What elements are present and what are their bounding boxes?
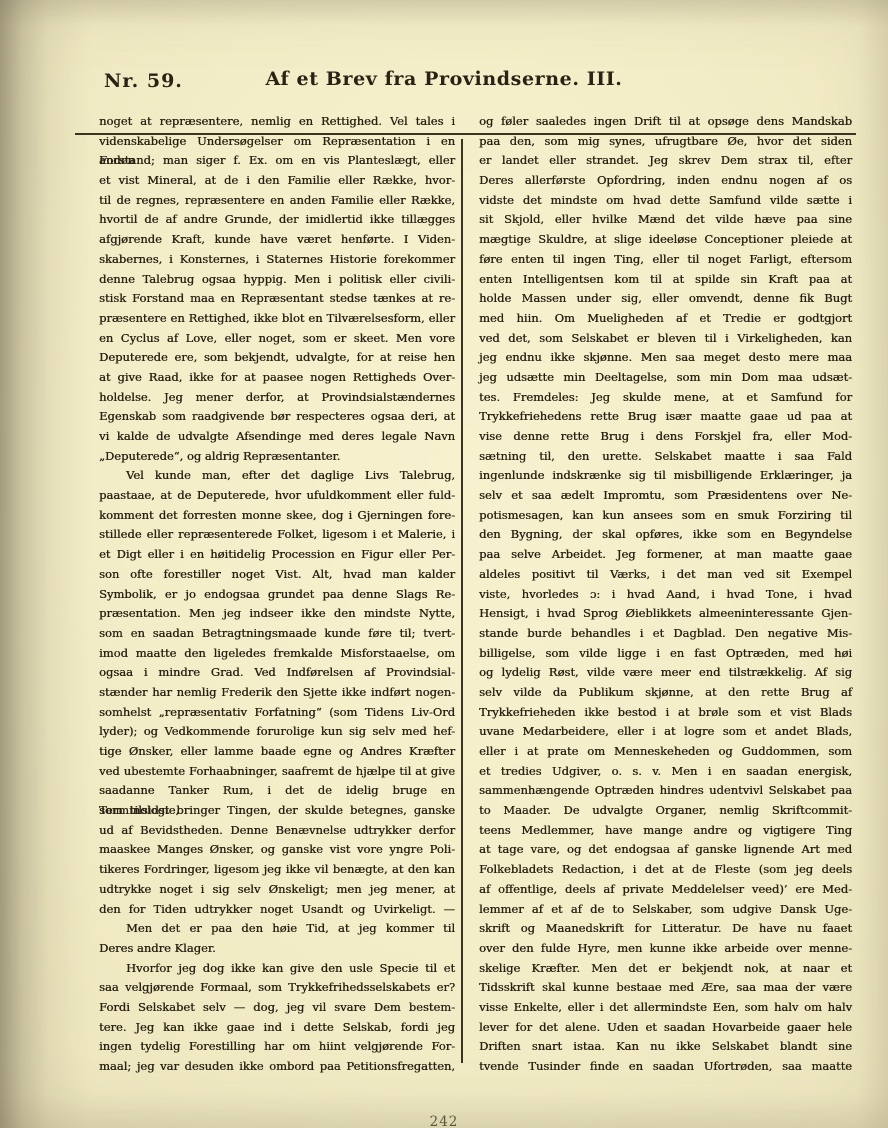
text-line: Deres allerførste Opfordring, inden endn… (479, 171, 852, 191)
text-line: uvane Medarbeidere, eller i at logre som… (479, 722, 852, 742)
text-line: som en saadan Betragtningsmaade kunde fø… (99, 624, 455, 644)
text-line: lyder); og Vedkommende forurolige kun si… (99, 722, 455, 742)
text-line: afgjørende Kraft, kunde have været henfø… (99, 230, 455, 250)
text-line: skabernes, i Konsternes, i Staternes His… (99, 250, 455, 270)
text-line: jeg udsætte min Deeltagelse, som min Dom… (479, 368, 852, 388)
text-line: ved ubestemte Forhaabninger, saafremt de… (99, 762, 455, 782)
text-line: noget at repræsentere, nemlig en Rettigh… (99, 112, 455, 132)
text-line: den for Tiden udtrykker noget Usandt og … (99, 900, 455, 920)
text-line: med hiin. Om Mueligheden af et Tredie er… (479, 309, 852, 329)
text-line: selv et saa ædelt Impromtu, som Præsiden… (479, 486, 852, 506)
text-line: Egenskab som raadgivende bør respecteres… (99, 407, 455, 427)
text-line: skrift og Maanedskrift for Litteratur. D… (479, 919, 852, 939)
text-line: at give Raad, ikke for at paasee nogen R… (99, 368, 455, 388)
text-line: et Digt eller i en høitidelig Procession… (99, 545, 455, 565)
text-line: tikeres Fordringer, ligesom jeg ikke vil… (99, 860, 455, 880)
text-line: præsentere en Rettighed, ikke blot en Ti… (99, 309, 455, 329)
text-line: præsentation. Men jeg indseer ikke den m… (99, 604, 455, 624)
text-line: holdelse. Jeg mener derfor, at Provindsi… (99, 388, 455, 408)
text-line: Tidsskrift skal kunne bestaae med Ære, s… (479, 978, 852, 998)
text-line: videnskabelige Undersøgelser om Repræsen… (99, 132, 455, 152)
text-line: Trykkefrieheden ikke bestod i at brøle s… (479, 703, 852, 723)
text-line: vise denne rette Brug i dens Forskjel fr… (479, 427, 852, 447)
text-line: Deputerede ere, som bekjendt, udvalgte, … (99, 348, 455, 368)
text-line: og lydelig Røst, vilde være meer end til… (479, 663, 852, 683)
text-line: ingenlunde indskrænke sig til misbillige… (479, 466, 852, 486)
page-title: Af et Brev fra Provindserne. III. (0, 68, 888, 90)
text-line: et vist Mineral, at de i den Familie ell… (99, 171, 455, 191)
text-line: to Maader. De udvalgte Organer, nemlig S… (479, 801, 852, 821)
text-line: visse Enkelte, eller i det allermindste … (479, 998, 852, 1018)
text-line: paastaae, at de Deputerede, hvor ufuldko… (99, 486, 455, 506)
text-line: skelige Kræfter. Men det er bekjendt nok… (479, 959, 852, 979)
text-line: enten Intelligentsen kom til at spilde s… (479, 270, 852, 290)
text-line: ud af Bevidstheden. Denne Benævnelse udt… (99, 821, 455, 841)
text-line: stænder har nemlig Frederik den Sjette i… (99, 683, 455, 703)
scanned-book-page: Nr. 59. Af et Brev fra Provindserne. III… (0, 0, 888, 1128)
text-line: Men det er paa den høie Tid, at jeg komm… (99, 919, 455, 939)
text-line: Symbolik, er jo endogsaa grundet paa den… (99, 585, 455, 605)
text-line: jeg endnu ikke skjønne. Men saa meget de… (479, 348, 852, 368)
text-line: Vel kunde man, efter det daglige Livs Ta… (99, 466, 455, 486)
text-line: Deres andre Klager. (99, 939, 455, 959)
text-line: Fordi Selskabet selv — dog, jeg vil svar… (99, 998, 455, 1018)
text-line: viste, hvorledes ɔ: i hvad Aand, i hvad … (479, 585, 852, 605)
text-line: Hensigt, i hvad Sprog Øieblikkets almeen… (479, 604, 852, 624)
text-line: Forstand; man siger f. Ex. om en vis Pla… (99, 151, 455, 171)
text-line: sit Skjold, eller hvilke Mænd det vilde … (479, 210, 852, 230)
text-line: imod maatte den ligeledes fremkalde Misf… (99, 644, 455, 664)
text-line: maaskee Manges Ønsker, og ganske vist vo… (99, 840, 455, 860)
left-text-column: noget at repræsentere, nemlig en Rettigh… (99, 112, 455, 1077)
text-line: er landet eller strandet. Jeg skrev Dem … (479, 151, 852, 171)
text-line: ved det, som Selskabet er bleven til i V… (479, 329, 852, 349)
right-text-column: og føler saaledes ingen Drift til at ops… (479, 112, 852, 1077)
text-line: sammenhængende Optræden hindres udentviv… (479, 781, 852, 801)
text-line: tes. Fremdeles: Jeg skulde mene, at et S… (479, 388, 852, 408)
page-number: 242 (0, 1114, 888, 1128)
text-line: hvortil de af andre Grunde, der imidlert… (99, 210, 455, 230)
text-line: eller i at prate om Menneskeheden og Gud… (479, 742, 852, 762)
text-line: ingen tydelig Forestilling har om hiint … (99, 1037, 455, 1057)
text-line: føre enten til ingen Ting, eller til nog… (479, 250, 852, 270)
text-line: stillede eller repræsenterede Folket, li… (99, 525, 455, 545)
text-line: udtrykke noget i sig selv Ønskeligt; men… (99, 880, 455, 900)
text-line: over den fulde Hyre, men kunne ikke arbe… (479, 939, 852, 959)
text-line: Hvorfor jeg dog ikke kan give den usle S… (99, 959, 455, 979)
text-line: son ofte forestiller noget Vist. Alt, hv… (99, 565, 455, 585)
text-line: somhelst „repræsentativ Forfatning“ (som… (99, 703, 455, 723)
text-line: „Deputerede“, og aldrig Repræsentanter. (99, 447, 455, 467)
text-line: billigelse, som vilde ligge i en fast Op… (479, 644, 852, 664)
text-line: Driften snart istaa. Kan nu ikke Selskab… (479, 1037, 852, 1057)
text-line: saa velgjørende Formaal, som Trykkefrihe… (99, 978, 455, 998)
text-line: tige Ønsker, eller lamme baade egne og A… (99, 742, 455, 762)
text-line: lever for det alene. Uden et saadan Hova… (479, 1018, 852, 1038)
text-line: stisk Forstand maa en Repræsentant steds… (99, 289, 455, 309)
text-line: aldeles positivt til Værks, i det man ve… (479, 565, 852, 585)
text-line: til de regnes, repræsentere en anden Fam… (99, 191, 455, 211)
text-line: mægtige Skuldre, at slige ideeløse Conce… (479, 230, 852, 250)
text-line: Folkebladets Redaction, i det at de Fles… (479, 860, 852, 880)
text-line: et tredies Udgiver, o. s. v. Men i en sa… (479, 762, 852, 782)
text-line: tere. Jeg kan ikke gaae ind i dette Sels… (99, 1018, 455, 1038)
text-line: af offentlige, deels af private Meddelel… (479, 880, 852, 900)
text-line: holde Massen under sig, eller omvendt, d… (479, 289, 852, 309)
text-line: vidste det mindste om hvad dette Samfund… (479, 191, 852, 211)
text-line: stande burde behandles i et Dagblad. Den… (479, 624, 852, 644)
text-line: teens Medlemmer, have mange andre og vig… (479, 821, 852, 841)
text-line: den Bygning, der skal opføres, ikke som … (479, 525, 852, 545)
text-line: ogsaa i mindre Grad. Ved Indførelsen af … (99, 663, 455, 683)
text-line: som tilsidst bringer Tingen, der skulde … (99, 801, 455, 821)
text-line: paa selve Arbeidet. Jeg formener, at man… (479, 545, 852, 565)
text-line: og føler saaledes ingen Drift til at ops… (479, 112, 852, 132)
text-line: selv vilde da Publikum skjønne, at den r… (479, 683, 852, 703)
text-line: Trykkefriehedens rette Brug især maatte … (479, 407, 852, 427)
column-divider-rule (461, 139, 463, 1063)
text-line: denne Talebrug ogsaa hyppig. Men i polit… (99, 270, 455, 290)
text-line: lemmer af et af de to Selskaber, som udg… (479, 900, 852, 920)
text-line: komment det forresten monne skee, dog i … (99, 506, 455, 526)
text-line: saadanne Tanker Rum, i det de idelig bru… (99, 781, 455, 801)
text-line: sætning til, den urette. Selskabet maatt… (479, 447, 852, 467)
text-line: tvende Tusinder finde en saadan Ufortrød… (479, 1057, 852, 1077)
text-line: en Cyclus af Love, eller noget, som er s… (99, 329, 455, 349)
text-line: at tage vare, og det endogsaa af ganske … (479, 840, 852, 860)
text-line: vi kalde de udvalgte Afsendinge med dere… (99, 427, 455, 447)
text-line: paa den, som mig synes, ufrugtbare Øe, h… (479, 132, 852, 152)
text-line: maal; jeg var desuden ikke ombord paa Pe… (99, 1057, 455, 1077)
text-line: potismesagen, kan kun ansees som en smuk… (479, 506, 852, 526)
